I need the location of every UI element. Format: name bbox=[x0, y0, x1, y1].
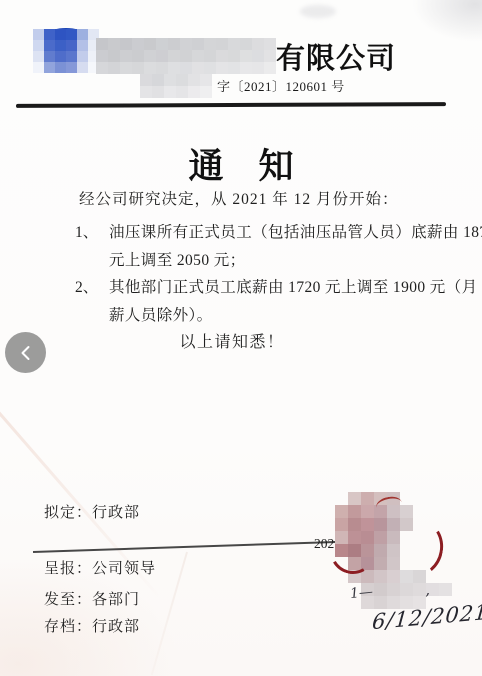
photo-smudge bbox=[300, 5, 336, 18]
submitted-to-label: 呈报： bbox=[44, 561, 92, 577]
drafted-by-label: 拟定： bbox=[44, 505, 92, 521]
sent-to-value: 各部门 bbox=[92, 592, 140, 608]
item-number: 1、 bbox=[75, 219, 98, 247]
drafted-by-value: 行政部 bbox=[92, 505, 140, 521]
notice-item-2: 2、 其他部门正式员工底薪由 1720 元上调至 1900 元（月 薪人员除外）… bbox=[75, 274, 455, 329]
company-name-suffix: 有限公司 bbox=[276, 36, 396, 77]
chevron-left-icon bbox=[17, 344, 35, 362]
submitted-to-value: 公司领导 bbox=[92, 561, 156, 577]
item-text-line: 其他部门正式员工底薪由 1720 元上调至 1900 元（月 bbox=[109, 274, 455, 302]
notice-item-1: 1、 油压课所有正式员工（包括油压品管人员）底薪由 1870 元上调至 2050… bbox=[75, 219, 455, 274]
archived-at-label: 存档： bbox=[44, 619, 92, 635]
logo-redaction-mosaic bbox=[33, 29, 99, 73]
header-divider-rule bbox=[16, 102, 446, 107]
footer-divider-rule bbox=[33, 540, 351, 552]
handwritten-mark: 1— bbox=[349, 584, 373, 602]
archived-at-value: 行政部 bbox=[92, 619, 140, 635]
doc-number-redaction-mosaic bbox=[140, 74, 212, 98]
company-name-redaction-mosaic bbox=[96, 38, 276, 74]
archived-at-row: 存档：行政部 bbox=[44, 615, 140, 636]
notice-item-list: 1、 油压课所有正式员工（包括油压品管人员）底薪由 1870 元上调至 2050… bbox=[75, 219, 455, 329]
photo-of-notice-document: 有限公司 字〔2021〕120601 号 通 知 经公司研究决定，从 2021 … bbox=[0, 0, 482, 676]
sent-to-row: 发至：各部门 bbox=[44, 588, 140, 609]
notice-intro: 经公司研究决定，从 2021 年 12 月份开始： bbox=[79, 187, 399, 209]
drafted-by-row: 拟定：行政部 bbox=[44, 501, 140, 522]
photo-shadow bbox=[412, 0, 482, 42]
notice-title: 通 知 bbox=[0, 139, 482, 189]
document-number: 字〔2021〕120601 号 bbox=[217, 76, 345, 95]
item-text-line: 元上调至 2050 元； bbox=[109, 247, 455, 275]
item-text-line: 油压课所有正式员工（包括油压品管人员）底薪由 1870 bbox=[109, 219, 455, 247]
submitted-to-row: 呈报：公司领导 bbox=[44, 557, 156, 578]
sent-to-label: 发至： bbox=[44, 592, 92, 608]
previous-image-button[interactable] bbox=[5, 332, 46, 373]
item-text-line: 薪人员除外）。 bbox=[109, 302, 455, 330]
notice-closing: 以上请知悉！ bbox=[0, 329, 464, 352]
item-number: 2、 bbox=[75, 274, 98, 302]
